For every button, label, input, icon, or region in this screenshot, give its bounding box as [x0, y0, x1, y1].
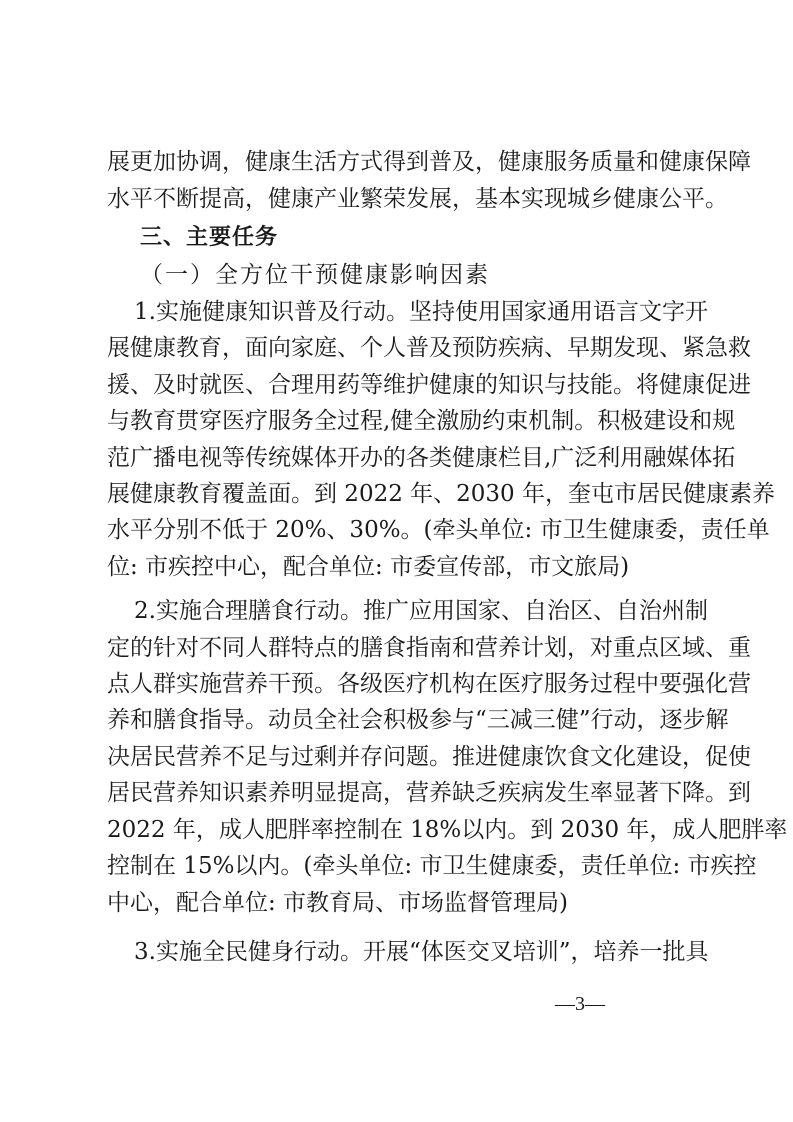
item-2-line: 点人群实施营养干预。各级医疗机构在医疗服务过程中要强化营	[107, 669, 691, 699]
subsection-heading: （一）全方位干预健康影响因素	[140, 260, 490, 290]
item-1-line: 1.实施健康知识普及行动。坚持使用国家通用语言文字开	[134, 297, 691, 327]
item-1-line: 位: 市疾控中心，配合单位: 市委宣传部，市文旅局)	[107, 552, 691, 582]
item-1-line: 与教育贯穿医疗服务全过程,健全激励约束机制。积极建设和规	[107, 406, 691, 436]
item-3-line: 3.实施全民健身行动。开展“体医交叉培训”，培养一批具	[134, 937, 691, 967]
paragraph-line: 水平不断提高，健康产业繁荣发展，基本实现城乡健康公平。	[107, 184, 691, 214]
page-number: —3—	[555, 990, 605, 1018]
item-1-line: 展健康教育覆盖面。到 2022 年、2030 年，奎屯市居民健康素养	[107, 479, 691, 509]
item-2-line: 定的针对不同人群特点的膳食指南和营养计划，对重点区域、重	[107, 633, 691, 663]
item-2-line: 决居民营养不足与过剩并存问题。推进健康饮食文化建设，促使	[107, 742, 691, 772]
item-2-line: 养和膳食指导。动员全社会积极参与“三减三健”行动，逐步解	[107, 705, 691, 735]
section-heading: 三、主要任务	[140, 223, 278, 253]
item-2-line: 2.实施合理膳食行动。推广应用国家、自治区、自治州制	[134, 596, 691, 626]
item-2-line: 中心，配合单位: 市教育局、市场监督管理局)	[107, 888, 691, 918]
item-2-line: 居民营养知识素养明显提高，营养缺乏疾病发生率显著下降。到	[107, 778, 691, 808]
item-1-line: 援、及时就医、合理用药等维护健康的知识与技能。将健康促进	[107, 370, 691, 400]
item-2-line: 2022 年，成人肥胖率控制在 18%以内。到 2030 年，成人肥胖率	[107, 815, 691, 845]
item-1-line: 水平分别不低于 20%、30%。(牵头单位: 市卫生健康委，责任单	[107, 515, 691, 545]
document-page: 展更加协调，健康生活方式得到普及，健康服务质量和健康保障 水平不断提高，健康产业…	[0, 0, 793, 1122]
item-1-line: 展健康教育，面向家庭、个人普及预防疾病、早期发现、紧急救	[107, 333, 691, 363]
item-2-line: 控制在 15%以内。(牵头单位: 市卫生健康委，责任单位: 市疾控	[107, 851, 691, 881]
paragraph-line: 展更加协调，健康生活方式得到普及，健康服务质量和健康保障	[107, 147, 691, 177]
item-1-line: 范广播电视等传统媒体开办的各类健康栏目,广泛利用融媒体拓	[107, 443, 691, 473]
